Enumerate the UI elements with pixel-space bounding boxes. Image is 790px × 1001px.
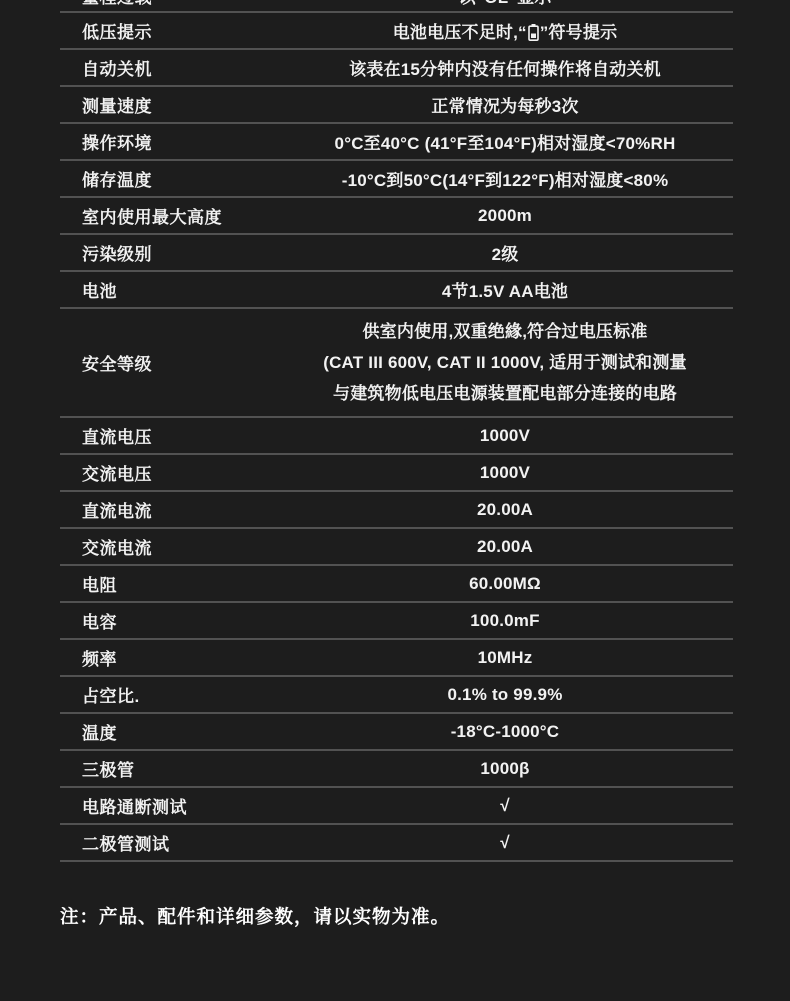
table-row: 电路通断测试√ xyxy=(60,788,733,825)
spec-value: 4节1.5V AA电池 xyxy=(277,277,733,302)
spec-value: 1000V xyxy=(277,426,733,446)
table-row: 交流电流20.00A xyxy=(60,529,733,566)
table-row: 操作环境0°C至40°C (41°F至104°F)相对湿度<70%RH xyxy=(60,124,733,161)
spec-value: 20.00A xyxy=(277,537,733,557)
table-row: 电池4节1.5V AA电池 xyxy=(60,272,733,309)
spec-label: 量程过载 xyxy=(60,0,277,8)
table-row: 电阻60.00MΩ xyxy=(60,566,733,603)
spec-label: 污染级别 xyxy=(60,240,277,265)
table-row-clipped: 量程过载 以“OL”显示 xyxy=(60,0,733,13)
spec-value: √ xyxy=(277,796,733,816)
table-row: 占空比.0.1% to 99.9% xyxy=(60,677,733,714)
spec-label: 占空比. xyxy=(60,682,277,707)
spec-label: 电容 xyxy=(60,608,277,633)
spec-value-suffix: ”符号提示 xyxy=(540,23,618,42)
spec-label: 自动关机 xyxy=(60,55,277,80)
spec-label: 直流电流 xyxy=(60,497,277,522)
table-row: 低压提示电池电压不足时,“”符号提示 xyxy=(60,13,733,50)
spec-label: 操作环境 xyxy=(60,129,277,154)
spec-value: -10°C到50°C(14°F到122°F)相对湿度<80% xyxy=(277,166,733,191)
spec-label: 测量速度 xyxy=(60,92,277,117)
spec-label: 电池 xyxy=(60,277,277,302)
table-row: 室内使用最大高度2000m xyxy=(60,198,733,235)
spec-value: 1000β xyxy=(277,759,733,779)
table-row: 二极管测试√ xyxy=(60,825,733,862)
table-row: 电容100.0mF xyxy=(60,603,733,640)
table-row: 污染级别2级 xyxy=(60,235,733,272)
spec-value-line: 与建筑物低电压电源装置配电部分连接的电路 xyxy=(277,378,733,409)
spec-value: 正常情况为每秒3次 xyxy=(277,92,733,117)
spec-value: 0.1% to 99.9% xyxy=(277,685,733,705)
spec-table: 量程过载 以“OL”显示 低压提示电池电压不足时,“”符号提示自动关机该表在15… xyxy=(60,0,733,862)
table-rows: 低压提示电池电压不足时,“”符号提示自动关机该表在15分钟内没有任何操作将自动关… xyxy=(60,13,733,862)
battery-low-icon xyxy=(528,24,539,41)
spec-label: 频率 xyxy=(60,645,277,670)
spec-label: 电阻 xyxy=(60,571,277,596)
spec-value: -18°C-1000°C xyxy=(277,722,733,742)
spec-label: 直流电压 xyxy=(60,423,277,448)
spec-label: 温度 xyxy=(60,719,277,744)
spec-value: 1000V xyxy=(277,463,733,483)
table-row: 温度-18°C-1000°C xyxy=(60,714,733,751)
spec-value-line: 供室内使用,双重绝緣,符合过电压标准 xyxy=(277,316,733,347)
table-row: 直流电流20.00A xyxy=(60,492,733,529)
spec-value-prefix: 电池电压不足时,“ xyxy=(393,23,527,42)
spec-label: 二极管测试 xyxy=(60,830,277,855)
spec-sheet-page: 量程过载 以“OL”显示 低压提示电池电压不足时,“”符号提示自动关机该表在15… xyxy=(0,0,790,1001)
table-row: 频率10MHz xyxy=(60,640,733,677)
spec-label: 储存温度 xyxy=(60,166,277,191)
table-row: 测量速度正常情况为每秒3次 xyxy=(60,87,733,124)
table-row: 安全等级供室内使用,双重绝緣,符合过电压标准(CAT III 600V, CAT… xyxy=(60,309,733,418)
spec-value: 以“OL”显示 xyxy=(277,0,733,8)
spec-value: 该表在15分钟内没有任何操作将自动关机 xyxy=(277,55,733,80)
spec-label: 三极管 xyxy=(60,756,277,781)
table-row: 交流电压1000V xyxy=(60,455,733,492)
spec-label: 交流电流 xyxy=(60,534,277,559)
spec-value-line: (CAT III 600V, CAT II 1000V, 适用于测试和测量 xyxy=(277,347,733,378)
spec-value: 60.00MΩ xyxy=(277,574,733,594)
spec-value: 2000m xyxy=(277,206,733,226)
spec-label: 电路通断测试 xyxy=(60,793,277,818)
table-row: 自动关机该表在15分钟内没有任何操作将自动关机 xyxy=(60,50,733,87)
spec-label: 室内使用最大高度 xyxy=(60,203,277,228)
spec-value: 20.00A xyxy=(277,500,733,520)
spec-value: 10MHz xyxy=(277,648,733,668)
spec-label: 安全等级 xyxy=(60,350,277,375)
table-row: 直流电压1000V xyxy=(60,418,733,455)
table-row: 三极管1000β xyxy=(60,751,733,788)
spec-label: 低压提示 xyxy=(60,18,277,43)
spec-value: 电池电压不足时,“”符号提示 xyxy=(277,18,733,43)
spec-value: 0°C至40°C (41°F至104°F)相对湿度<70%RH xyxy=(277,129,733,154)
spec-value: 供室内使用,双重绝緣,符合过电压标准(CAT III 600V, CAT II … xyxy=(277,316,733,409)
spec-label: 交流电压 xyxy=(60,460,277,485)
spec-value: 100.0mF xyxy=(277,611,733,631)
footer-note: 注：产品、配件和详细参数，请以实物为准。 xyxy=(60,903,450,929)
spec-value: √ xyxy=(277,833,733,853)
table-row: 储存温度-10°C到50°C(14°F到122°F)相对湿度<80% xyxy=(60,161,733,198)
spec-value: 2级 xyxy=(277,240,733,265)
